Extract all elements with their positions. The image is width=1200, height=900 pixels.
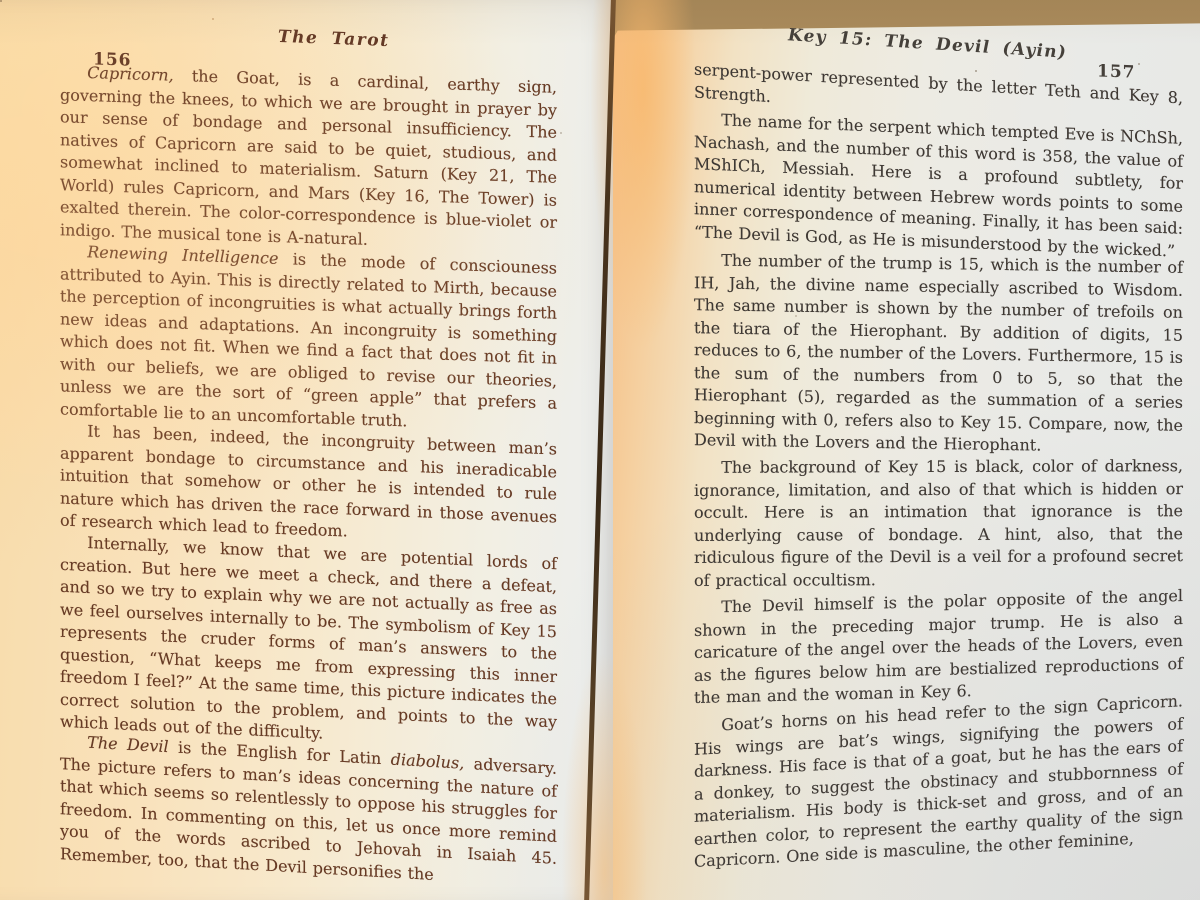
italic-lead: Renewing Intelligence (87, 242, 278, 268)
italic-lead: Capricorn, (87, 63, 173, 85)
paragraph-text: The name for the serpent which tempted E… (694, 110, 1183, 260)
paragraph: It has been, indeed, the incongruity bet… (60, 419, 557, 551)
paragraph: Renewing Intelligence is the mode of con… (60, 240, 557, 437)
paragraph-text: Internally, we know that we are potentia… (60, 532, 557, 742)
paragraph: Internally, we know that we are potentia… (60, 530, 557, 755)
paragraph: Capricorn, the Goat, is a cardinal, eart… (60, 61, 557, 257)
paragraph-text: is the mode of consciouness attributed t… (60, 249, 557, 430)
italic-lead: The Devil (87, 733, 168, 757)
paragraph-text: The Devil himself is the polar opposite … (694, 586, 1183, 707)
paragraph-text: The background of Key 15 is black, color… (694, 456, 1183, 589)
paragraph-text: The number of the trump is 15, which is … (694, 251, 1183, 455)
open-book-photo: 156 The Tarot Capricorn, the Goat, is a … (0, 0, 1200, 900)
italic-word: diabolus, (391, 750, 465, 773)
paragraph: The Devil is the English for Latin diabo… (60, 730, 557, 893)
left-page-body: Capricorn, the Goat, is a cardinal, eart… (60, 69, 557, 879)
paragraph: The background of Key 15 is black, color… (694, 455, 1183, 592)
right-page-body: serpent-power represented by the letter … (694, 73, 1183, 861)
running-header-left: The Tarot (278, 27, 389, 51)
paper-specks (0, 0, 2, 2)
paragraph: The number of the trump is 15, which is … (694, 249, 1183, 459)
paragraph-text: adversary. The picture refers to man’s i… (60, 754, 557, 884)
paragraph: The Devil himself is the polar opposite … (694, 585, 1183, 709)
paragraph-text: the Goat, is a cardinal, earthy sign, go… (60, 66, 557, 249)
paragraph: Goat’s horns on his head refer to the si… (694, 690, 1183, 873)
paragraph-text: Goat’s horns on his head refer to the si… (694, 691, 1183, 871)
paragraph-text: It has been, indeed, the incongruity bet… (60, 421, 557, 540)
paragraph: The name for the serpent which tempted E… (694, 108, 1183, 263)
